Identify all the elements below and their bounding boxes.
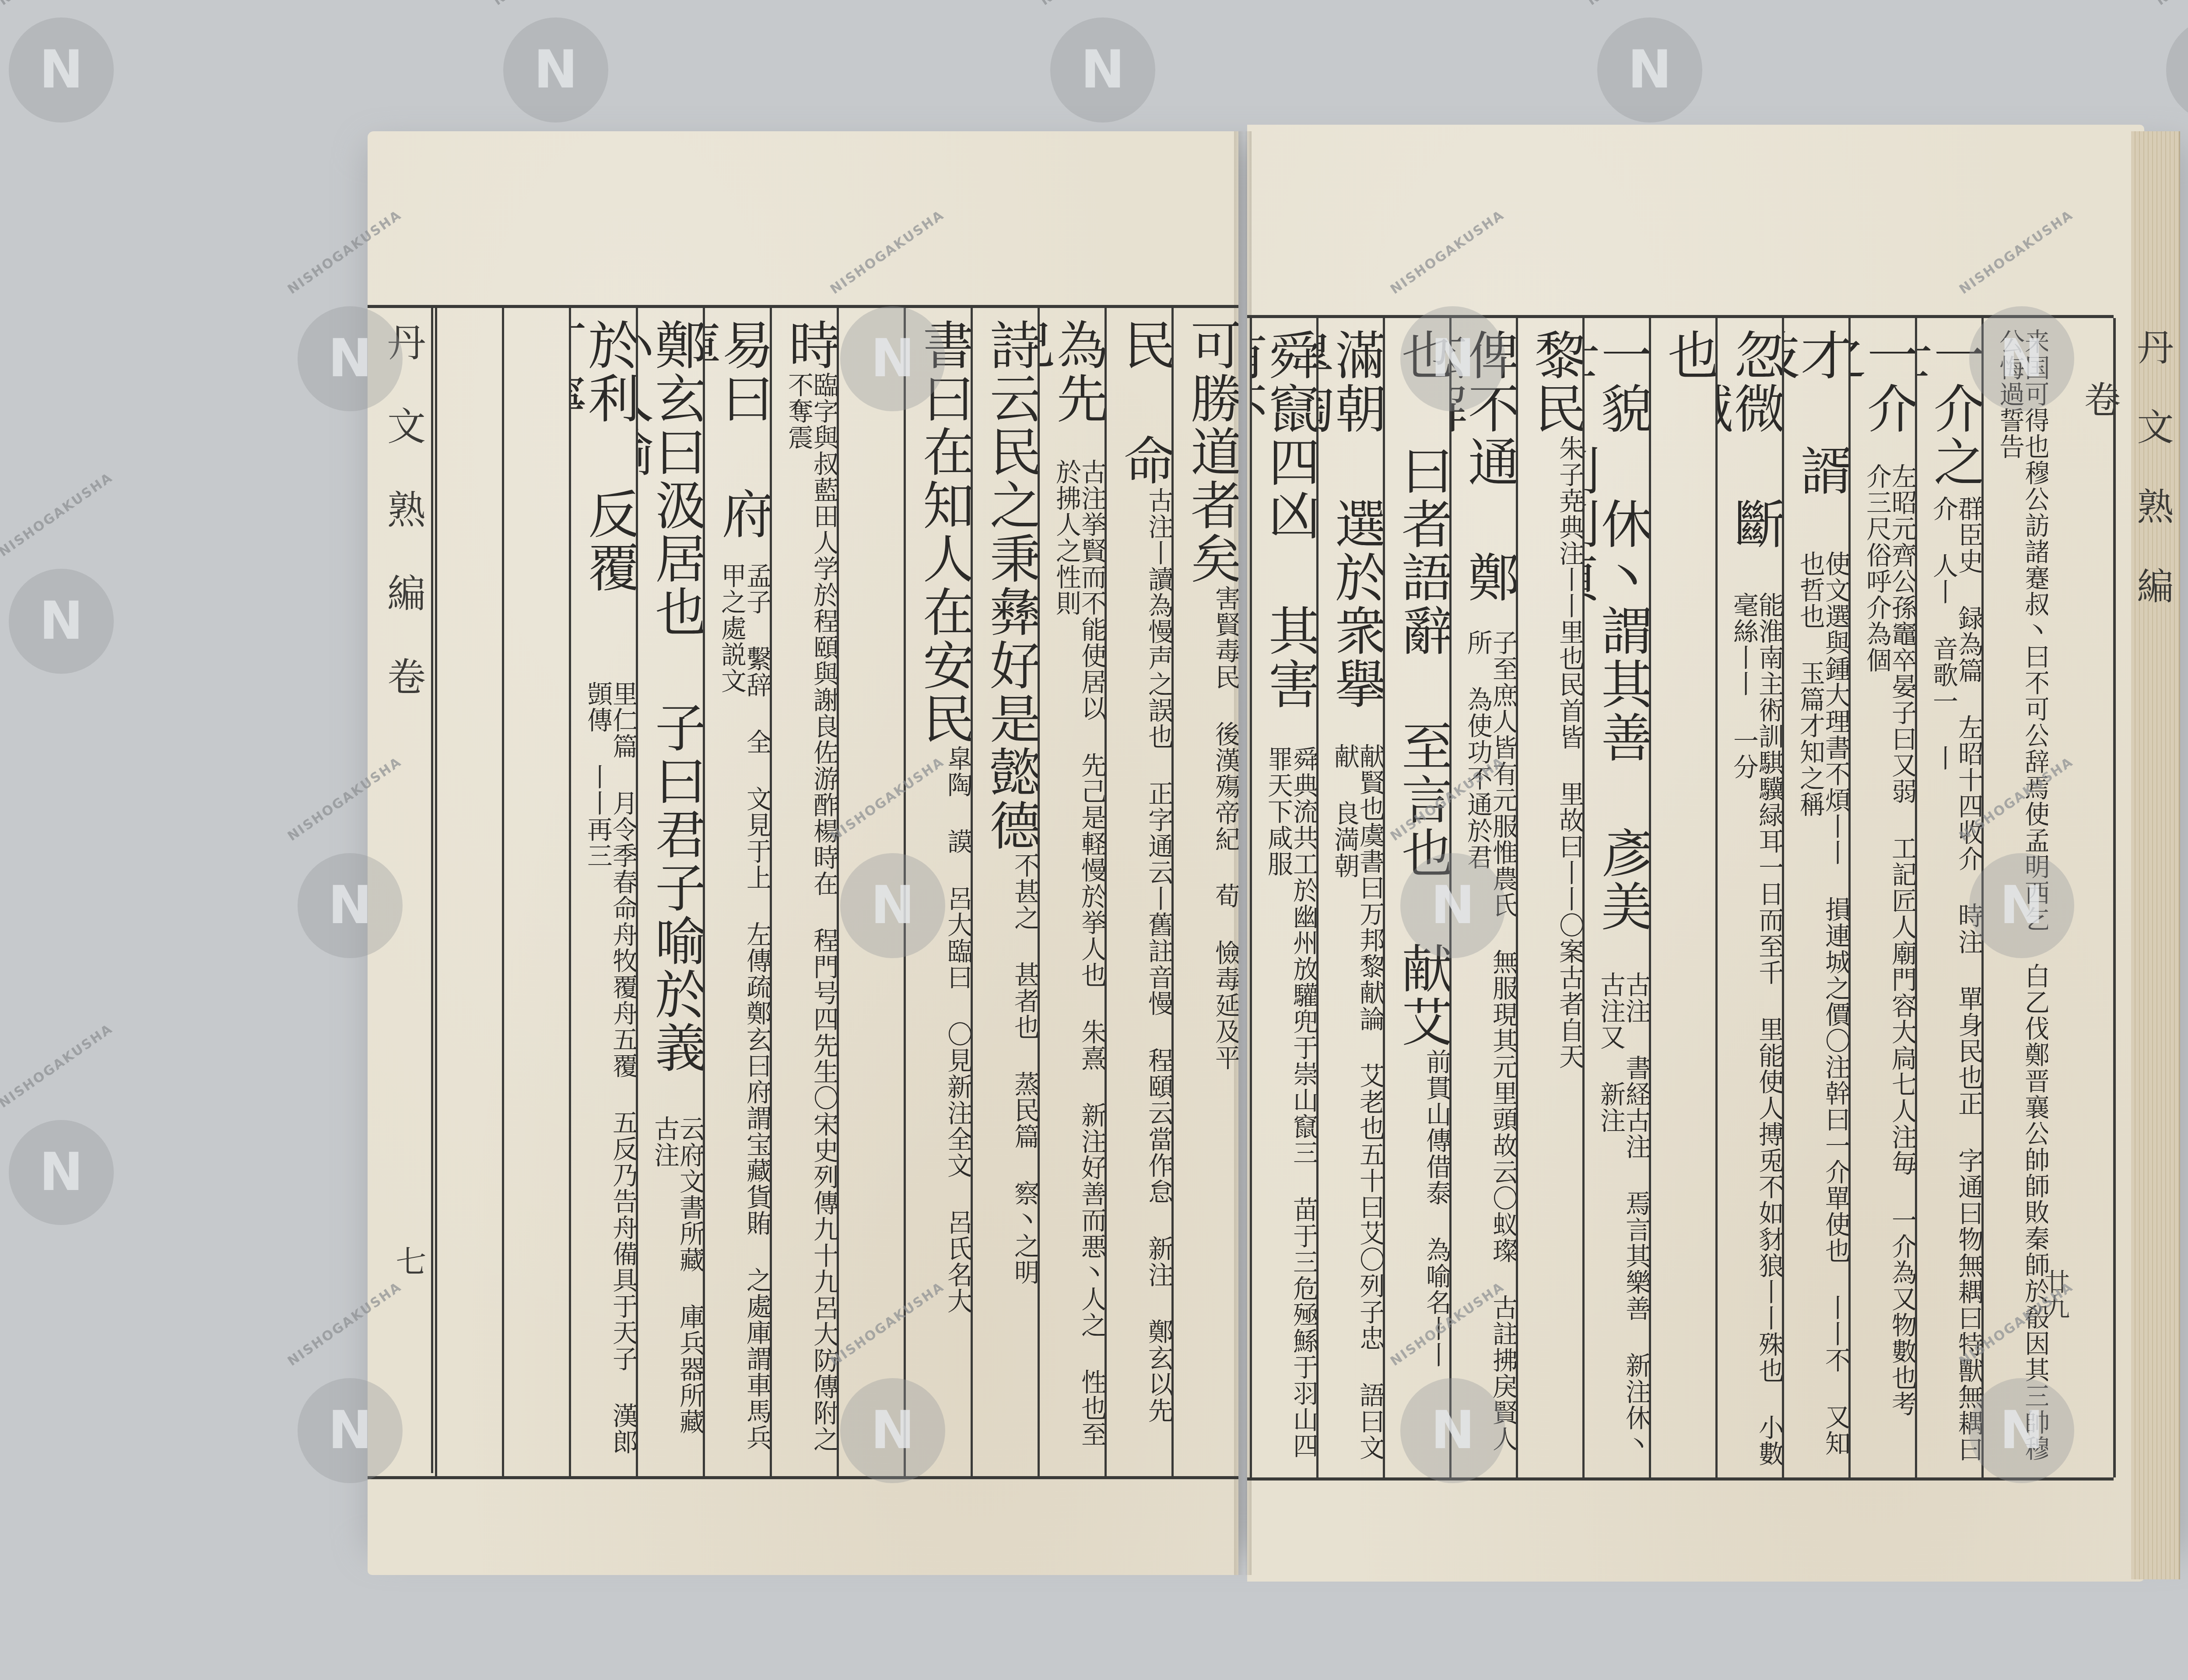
column-annotation: 云府文書所藏 庫兵器所藏 古注 [652,1116,703,1466]
text-column: 忽微 斷丶誠能淮南主術訓騏驥緑耳一日而至千 里能使人搏兎不如豺狼丨丨殊也 小數 … [1715,318,1782,1477]
column-annotation: 使文選與鍾大理書不煩丨丨 損連城之價〇注幹曰一介單使也 丨丨不 又知也哲也 玉篇… [1798,551,1848,1467]
watermark-label: NISHOGAKUSHA [1585,0,1704,8]
text-column: 舜竄四凶 其害有不舜典流共工於幽州放驩兜于崇山竄三 苗于三危殛鯀于羽山四罪天下咸… [1250,318,1316,1477]
column-annotation: 古注丨讀為慢声之誤也 正字通云丨舊註音慢 程頤云當作怠 新注 鄭玄以先 [1146,487,1171,1424]
text-column: 黎民朱子尭典注丨丨里也民首皆 里故曰丨丨〇案古者自天 [1516,318,1582,1477]
nishogakusha-watermark-icon: NISHOGAKUSHAN [9,17,114,122]
nishogakusha-watermark-icon: NISHOGAKUSHAN [298,1378,403,1483]
nishogakusha-watermark-icon: NISHOGAKUSHAN [840,1378,945,1483]
right-page-columns: 来国可得也穆公訪諸蹇叔丶曰不可公辞焉使孟明西乞 白乙伐鄭晋襄公帥師敗秦師於殽因其… [1247,318,2048,1477]
column-headword: 舜竄四凶 其害有不 [1250,329,1316,746]
text-column: 也 [1649,318,1715,1477]
watermark-label: NISHOGAKUSHA [491,0,610,8]
text-column: 為先己古注挙賢而不能使居以 先己是軽慢於挙人也 朱熹 新注好善而悪丶人之 性也至… [1038,308,1105,1476]
text-column: 可勝道者矣害賢毒民 後漢殤帝紀 荀 憸毒延及平 [1171,308,1238,1476]
text-column: 鄭玄曰汲居也 子曰君子喻於義小人喻云府文書所藏 庫兵器所藏 古注 [636,308,703,1476]
watermark-glyph: N [1431,879,1475,932]
center-strip-page-number: 七 [387,1246,431,1276]
nishogakusha-watermark-icon: NISHOGAKUSHAN [2166,17,2188,122]
nishogakusha-watermark-icon: NISHOGAKUSHAN [1050,17,1155,122]
text-column [435,308,502,1476]
column-headword: 為先己 [1038,318,1105,459]
nishogakusha-watermark-icon: NISHOGAKUSHAN [1969,853,2074,958]
column-annotation: 孟子 繫辞 全 文見于上 左傳疏鄭玄曰府謂宝藏貨賄 之處庫謂車馬兵甲之處説文 [719,563,770,1466]
watermark-glyph: N [1628,44,1672,96]
nishogakusha-watermark-icon: NISHOGAKUSHAN [1400,306,1505,411]
column-annotation: 子至庶人皆有元服惟農氏 無服現其元里頭故云〇蚁璨 古註拂戾賢人所 為使功不通於君 [1465,630,1516,1467]
text-column: 才 諝 技使文選與鍾大理書不煩丨丨 損連城之價〇注幹曰一介單使也 丨丨不 又知也… [1782,318,1848,1477]
watermark-label: NISHOGAKUSHA [0,0,115,8]
watermark-glyph: N [534,44,578,96]
watermark-label: NISHOGAKUSHA [1038,0,1157,8]
nishogakusha-watermark-icon: NISHOGAKUSHAN [840,306,945,411]
column-headword: 忽微 斷丶誠 [1715,329,1782,592]
column-annotation: 皐陶 謨 呂大臨曰 〇見新注全文 呂氏名大 [945,745,971,1314]
watermark-glyph: N [328,1404,372,1457]
column-annotation: 舜典流共工於幽州放驩兜于崇山竄三 苗于三危殛鯀于羽山四罪天下咸服 [1266,746,1316,1467]
nishogakusha-watermark-icon: NISHOGAKUSHAN [1969,1378,2074,1483]
text-column: 時臨字與叔藍田人学於程頤與謝良佐游酢楊時在 程門号四先生〇宋史列傳九十九呂大防傳… [770,308,837,1476]
text-column: 滿朝 選於衆擧皐陶献賢也虞書曰万邦黎献論 艾老也五十曰艾〇列子忠 語曰文献 良満… [1316,318,1383,1477]
spine-volume: 卷 [2073,381,2126,1479]
left-page-frame: 可勝道者矣害賢毒民 後漢殤帝紀 荀 憸毒延及平民 命古注丨讀為慢声之誤也 正字通… [368,305,1238,1479]
column-annotation: 里仁篇 月令季春命舟牧覆舟五覆 五反乃告舟備具于天子 漢郎顗傳 丨丨再三 [585,681,636,1466]
column-annotation: 害賢毒民 後漢殤帝紀 荀 憸毒延及平 [1213,585,1238,1071]
watermark-glyph: N [871,879,915,932]
nishogakusha-watermark-icon: NISHOGAKUSHAN [840,853,945,958]
watermark-glyph: N [1431,332,1475,385]
nishogakusha-watermark-icon: NISHOGAKUSHAN [9,569,114,674]
column-headword: 詩云民之秉彝好是懿德 [985,318,1038,852]
nishogakusha-watermark-icon: NISHOGAKUSHAN [1400,853,1505,958]
spine-title: 丹 文 熟 編 卷 廿九 [2114,315,2179,1479]
nishogakusha-watermark-icon: NISHOGAKUSHAN [298,853,403,958]
nishogakusha-watermark-icon: NISHOGAKUSHAN [1400,1378,1505,1483]
watermark-glyph: N [39,44,83,96]
column-annotation: 献賢也虞書曰万邦黎献論 艾老也五十曰艾〇列子忠 語曰文献 良満朝 [1332,743,1383,1467]
watermark-glyph: N [1431,1404,1475,1457]
column-headword: 一介之 [1848,329,1915,463]
column-headword: 鄭玄曰汲居也 子曰君子喻於義小人喻 [636,318,703,1116]
column-annotation: 左昭元齊公孫竈卒晏子曰又弱 工記匠人廟門容大扃七人注毎 一介為又物數也考 介三尺… [1864,463,1915,1467]
text-column: 於利 反覆 丁寧里仁篇 月令季春命舟牧覆舟五覆 五反乃告舟備具于天子 漢郎顗傳 … [569,308,636,1476]
column-annotation: 能淮南主術訓騏驥緑耳一日而至千 里能使人搏兎不如豺狼丨丨殊也 小數 毫絲丨丨 一… [1731,592,1782,1467]
watermark-glyph: N [2000,1404,2044,1457]
column-annotation: 古注 書経古注 焉言其樂善 新注休丶 古注又 新注 [1598,972,1649,1467]
column-headword: 易曰 府庫 [703,318,770,563]
column-annotation: 朱子尭典注丨丨里也民首皆 里故曰丨丨〇案古者自天 [1557,435,1582,1070]
column-headword: 滿朝 選於衆擧皐陶 [1316,329,1383,743]
left-page-columns: 可勝道者矣害賢毒民 後漢殤帝紀 荀 憸毒延及平民 命古注丨讀為慢声之誤也 正字通… [433,308,1238,1476]
column-annotation: 臨字與叔藍田人学於程頤與謝良佐游酢楊時在 程門号四先生〇宋史列傳九十九呂大防傳附… [786,372,837,1466]
column-headword: 於利 反覆 丁寧 [569,318,636,681]
column-headword: 才 諝 技 [1782,329,1848,551]
column-headword: 時 [784,318,837,372]
nishogakusha-watermark-icon: NISHOGAKUSHAN [9,1120,114,1225]
watermark-label: NISHOGAKUSHA [0,1022,115,1110]
column-annotation: 古注挙賢而不能使居以 先己是軽慢於挙人也 朱熹 新注好善而悪丶人之 性也至於拂人… [1054,459,1105,1466]
watermark-label: NISHOGAKUSHA [0,471,115,559]
nishogakusha-watermark-icon: NISHOGAKUSHAN [1969,306,2074,411]
text-column: 一介之左昭元齊公孫竈卒晏子曰又弱 工記匠人廟門容大扃七人注毎 一介為又物數也考 … [1848,318,1915,1477]
column-headword: 一貌 休丶謂其善 彥美士 利利貞 [1582,329,1649,972]
watermark-glyph: N [39,1146,83,1199]
watermark-glyph: N [328,879,372,932]
column-headword: 黎民 [1530,329,1582,435]
spine-title-text: 丹 文 熟 編 [2131,328,2174,604]
watermark-glyph: N [871,1404,915,1457]
nishogakusha-watermark-icon: NISHOGAKUSHAN [298,306,403,411]
text-column: 民 命古注丨讀為慢声之誤也 正字通云丨舊註音慢 程頤云當作怠 新注 鄭玄以先 [1105,308,1171,1476]
text-column: 詩云民之秉彝好是懿德不甚之 甚者也 蒸民篇 察丶之明 [971,308,1038,1476]
text-column: 一貌 休丶謂其善 彥美士 利利貞古注 書経古注 焉言其樂善 新注休丶 古注又 新… [1582,318,1649,1477]
watermark-glyph: N [1081,44,1125,96]
text-column [502,308,569,1476]
watermark-label: NISHOGAKUSHA [2154,0,2188,8]
watermark-glyph: N [2000,879,2044,932]
text-column: 易曰 府庫孟子 繫辞 全 文見于上 左傳疏鄭玄曰府謂宝藏貨賄 之處庫謂車馬兵甲之… [703,308,770,1476]
column-headword: 民 命 [1119,318,1171,487]
column-headword: 也 [1663,329,1715,382]
watermark-glyph: N [328,332,372,385]
column-annotation: 不甚之 甚者也 蒸民篇 察丶之明 [1012,852,1038,1285]
column-headword: 可勝道者矣 [1186,318,1238,585]
nishogakusha-watermark-icon: NISHOGAKUSHAN [1597,17,1702,122]
nishogakusha-watermark-icon: NISHOGAKUSHAN [503,17,608,122]
watermark-glyph: N [39,595,83,647]
column-annotation: 群臣史 録為篇 左昭十四收介 時注 單身民也正 字通曰物無耦曰特獸無耦曰介 人丨… [1931,496,1981,1467]
watermark-glyph: N [2000,332,2044,385]
watermark-glyph: N [871,332,915,385]
